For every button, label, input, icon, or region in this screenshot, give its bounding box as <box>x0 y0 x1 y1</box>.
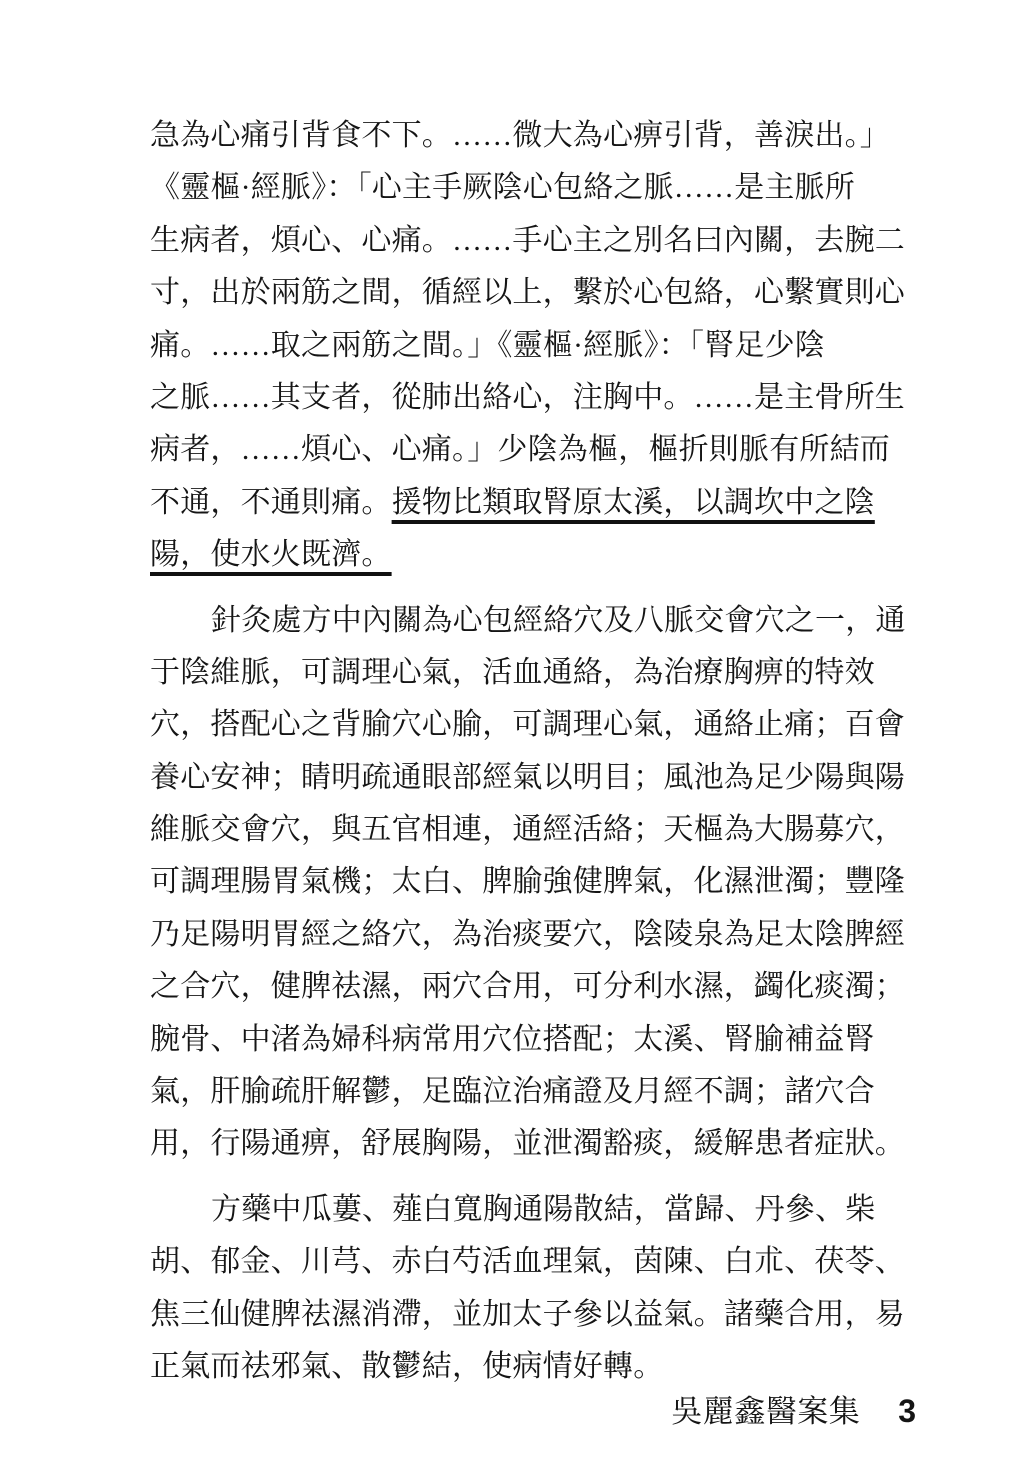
book-title: 吳麗鑫醫案集 <box>671 1391 860 1433</box>
text-line: 乃足陽明胃經之絡穴，為治痰要穴，陰陵泉為足太陰脾經 <box>150 909 916 961</box>
text-line: 方藥中瓜蔞、薤白寬胸通陽散結，當歸、丹參、柴 <box>150 1184 916 1236</box>
underlined-text-segment: 援物比類取腎原太溪，以調坎中之陰 <box>392 486 875 519</box>
text-line: 于陰維脈，可調理心氣，活血通絡，為治療胸痹的特效 <box>150 647 916 699</box>
text-segment: 痛。……取之兩筋之間。」《靈樞·經脈》：「腎足少陰 <box>150 329 825 362</box>
text-line: 養心安神；睛明疏通眼部經氣以明目；風池為足少陽與陽 <box>150 752 916 804</box>
text-line: 陽，使水火既濟。 <box>150 529 916 581</box>
page-footer: 吳麗鑫醫案集 3 <box>150 1390 916 1433</box>
text-segment: 胡、郁金、川芎、赤白芍活血理氣，茵陳、白朮、茯苓、 <box>150 1245 905 1278</box>
text-segment: 腕骨、中渚為婦科病常用穴位搭配；太溪、腎腧補益腎 <box>150 1023 875 1056</box>
text-line: 急為心痛引背食不下。……微大為心痹引背，善淚出。」 <box>150 110 916 162</box>
text-segment: 寸，出於兩筋之間，循經以上，繫於心包絡，心繫實則心 <box>150 276 905 309</box>
text-line: 之合穴，健脾祛濕，兩穴合用，可分利水濕，蠲化痰濁； <box>150 961 916 1013</box>
text-segment: 《靈樞·經脈》：「心主手厥陰心包絡之脈……是主脈所 <box>150 171 855 204</box>
text-segment: 用，行陽通痹，舒展胸陽，並泄濁豁痰，緩解患者症狀。 <box>150 1127 905 1160</box>
text-segment: 之合穴，健脾祛濕，兩穴合用，可分利水濕，蠲化痰濁； <box>150 970 905 1003</box>
text-segment: 不通，不通則痛。 <box>150 486 392 519</box>
text-line: 之脈……其支者，從肺出絡心，注胸中。……是主骨所生 <box>150 372 916 424</box>
paragraph: 急為心痛引背食不下。……微大為心痹引背，善淚出。」《靈樞·經脈》：「心主手厥陰心… <box>150 110 916 582</box>
text-segment: 急為心痛引背食不下。……微大為心痹引背，善淚出。」 <box>150 119 890 152</box>
paragraph: 針灸處方中內關為心包經絡穴及八脈交會穴之一，通于陰維脈，可調理心氣，活血通絡，為… <box>150 595 916 1171</box>
text-segment: 方藥中瓜蔞、薤白寬胸通陽散結，當歸、丹參、柴 <box>211 1193 875 1226</box>
text-segment: 針灸處方中內關為心包經絡穴及八脈交會穴之一，通 <box>211 604 906 637</box>
text-segment: 正氣而祛邪氣、散鬱結，使病情好轉。 <box>150 1350 663 1383</box>
text-segment: 穴，搭配心之背腧穴心腧，可調理心氣，通絡止痛；百會 <box>150 708 905 741</box>
text-block: 急為心痛引背食不下。……微大為心痹引背，善淚出。」《靈樞·經脈》：「心主手厥陰心… <box>150 110 916 1393</box>
text-line: 寸，出於兩筋之間，循經以上，繫於心包絡，心繫實則心 <box>150 267 916 319</box>
text-segment: 氣，肝腧疏肝解鬱，足臨泣治痛證及月經不調；諸穴合 <box>150 1075 875 1108</box>
text-line: 穴，搭配心之背腧穴心腧，可調理心氣，通絡止痛；百會 <box>150 699 916 751</box>
paragraph: 方藥中瓜蔞、薤白寬胸通陽散結，當歸、丹參、柴胡、郁金、川芎、赤白芍活血理氣，茵陳… <box>150 1184 916 1394</box>
text-line: 生病者，煩心、心痛。……手心主之別名曰內關，去腕二 <box>150 215 916 267</box>
text-segment: 可調理腸胃氣機；太白、脾腧強健脾氣，化濕泄濁；豐隆 <box>150 865 905 898</box>
text-line: 焦三仙健脾祛濕消滯，並加太子參以益氣。諸藥合用，易 <box>150 1289 916 1341</box>
text-segment: 乃足陽明胃經之絡穴，為治痰要穴，陰陵泉為足太陰脾經 <box>150 918 905 951</box>
text-segment: 之脈……其支者，從肺出絡心，注胸中。……是主骨所生 <box>150 381 905 414</box>
text-line: 《靈樞·經脈》：「心主手厥陰心包絡之脈……是主脈所 <box>150 162 916 214</box>
text-line: 針灸處方中內關為心包經絡穴及八脈交會穴之一，通 <box>150 595 916 647</box>
text-segment: 焦三仙健脾祛濕消滯，並加太子參以益氣。諸藥合用，易 <box>150 1298 905 1331</box>
text-line: 正氣而祛邪氣、散鬱結，使病情好轉。 <box>150 1341 916 1393</box>
text-segment: 于陰維脈，可調理心氣，活血通絡，為治療胸痹的特效 <box>150 656 875 689</box>
text-line: 病者，……煩心、心痛。」少陰為樞，樞折則脈有所結而 <box>150 424 916 476</box>
page-number: 3 <box>898 1390 916 1432</box>
text-segment: 維脈交會穴，與五官相連，通經活絡；天樞為大腸募穴， <box>150 813 905 846</box>
book-page: 急為心痛引背食不下。……微大為心痹引背，善淚出。」《靈樞·經脈》：「心主手厥陰心… <box>0 0 1020 1480</box>
text-line: 不通，不通則痛。援物比類取腎原太溪，以調坎中之陰 <box>150 477 916 529</box>
text-line: 腕骨、中渚為婦科病常用穴位搭配；太溪、腎腧補益腎 <box>150 1014 916 1066</box>
text-segment: 生病者，煩心、心痛。……手心主之別名曰內關，去腕二 <box>150 224 905 257</box>
text-line: 維脈交會穴，與五官相連，通經活絡；天樞為大腸募穴， <box>150 804 916 856</box>
text-line: 痛。……取之兩筋之間。」《靈樞·經脈》：「腎足少陰 <box>150 320 916 372</box>
text-line: 氣，肝腧疏肝解鬱，足臨泣治痛證及月經不調；諸穴合 <box>150 1066 916 1118</box>
text-segment: 養心安神；睛明疏通眼部經氣以明目；風池為足少陽與陽 <box>150 761 905 794</box>
text-line: 胡、郁金、川芎、赤白芍活血理氣，茵陳、白朮、茯苓、 <box>150 1236 916 1288</box>
text-line: 可調理腸胃氣機；太白、脾腧強健脾氣，化濕泄濁；豐隆 <box>150 856 916 908</box>
text-line: 用，行陽通痹，舒展胸陽，並泄濁豁痰，緩解患者症狀。 <box>150 1118 916 1170</box>
text-segment: 病者，……煩心、心痛。」少陰為樞，樞折則脈有所結而 <box>150 433 890 466</box>
underlined-text-segment: 陽，使水火既濟。 <box>150 538 392 571</box>
